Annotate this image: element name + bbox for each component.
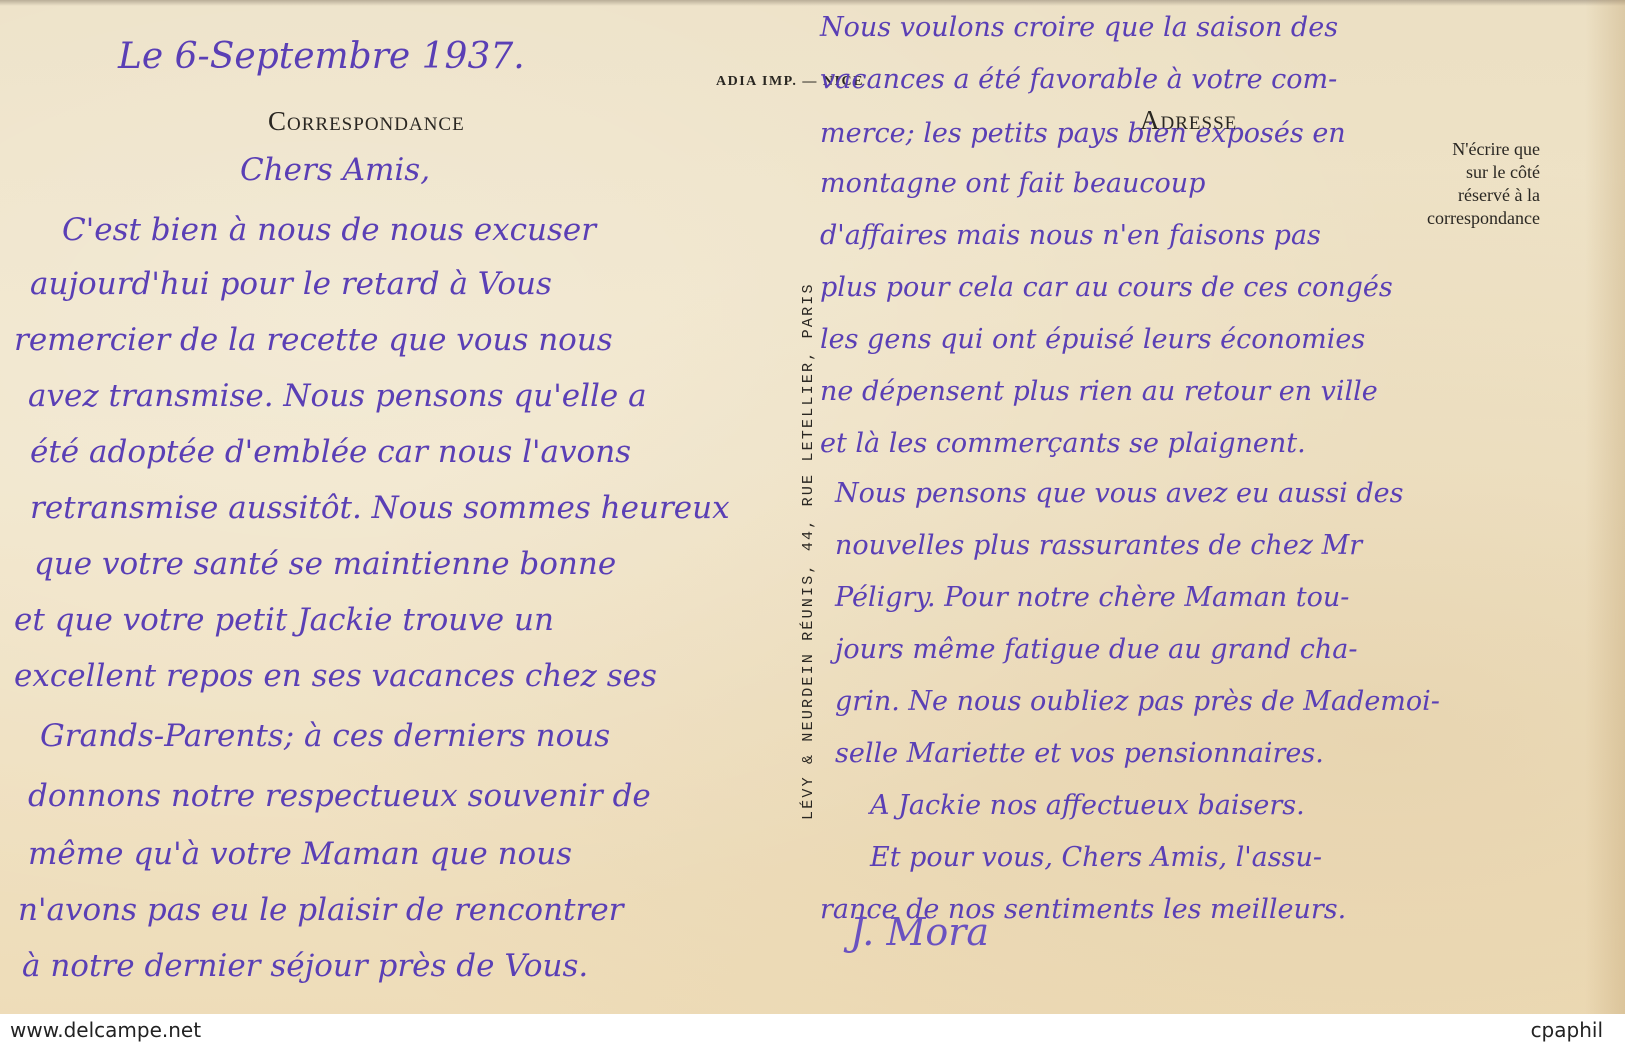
instruction-line: sur le côté: [1340, 161, 1540, 184]
handwritten-line-right: selle Mariette et vos pensionnaires.: [835, 738, 1324, 769]
instruction-line: réservé à la: [1340, 184, 1540, 207]
handwritten-line-right: jours même fatigue due au grand cha-: [835, 634, 1358, 665]
card-top-edge: [0, 0, 1625, 6]
handwritten-line-left: Chers Amis,: [240, 152, 430, 188]
instruction-note: N'écrire que sur le côté réservé à la co…: [1340, 138, 1540, 230]
watermark-footer: www.delcampe.net cpaphil: [0, 1014, 1625, 1049]
handwritten-line-left: avez transmise. Nous pensons qu'elle a: [28, 378, 647, 414]
postcard-back: Correspondance ADIA IMP. — NICE Adresse …: [0, 0, 1625, 1049]
handwritten-line-left: Grands-Parents; à ces derniers nous: [40, 718, 610, 754]
handwritten-line-right: A Jackie nos affectueux baisers.: [870, 790, 1305, 821]
instruction-line: correspondance: [1340, 207, 1540, 230]
handwritten-line-left: et que votre petit Jackie trouve un: [14, 602, 554, 638]
handwritten-line-left: à notre dernier séjour près de Vous.: [22, 948, 588, 984]
handwritten-line-left: retransmise aussitôt. Nous sommes heureu…: [30, 490, 730, 526]
handwritten-line-right: d'affaires mais nous n'en faisons pas: [820, 220, 1321, 251]
publisher-vertical-divider: LÉVY & NEURDEIN RÉUNIS, 44, RUE LETELLIE…: [800, 282, 817, 820]
correspondance-heading: Correspondance: [268, 106, 465, 137]
handwritten-line-right: Et pour vous, Chers Amis, l'assu-: [870, 842, 1322, 873]
handwritten-line-left: donnons notre respectueux souvenir de: [28, 778, 651, 814]
handwritten-line-left: excellent repos en ses vacances chez ses: [14, 658, 657, 694]
site-link[interactable]: www.delcampe.net: [10, 1018, 201, 1042]
handwritten-line-left: que votre santé se maintienne bonne: [34, 546, 616, 582]
handwritten-date: Le 6-Septembre 1937.: [118, 36, 525, 77]
card-right-edge: [1585, 0, 1625, 1049]
handwritten-line-left: n'avons pas eu le plaisir de rencontrer: [18, 892, 624, 928]
handwritten-line-left: aujourd'hui pour le retard à Vous: [30, 266, 552, 302]
handwritten-line-right: grin. Ne nous oubliez pas près de Mademo…: [835, 686, 1440, 717]
handwritten-line-right: plus pour cela car au cours de ces congé…: [820, 272, 1393, 303]
handwritten-line-right: et là les commerçants se plaignent.: [820, 428, 1306, 459]
handwritten-line-right: Nous voulons croire que la saison des: [820, 12, 1338, 43]
instruction-line: N'écrire que: [1340, 138, 1540, 161]
handwritten-line-right: montagne ont fait beaucoup: [820, 168, 1205, 199]
handwritten-line-left: été adoptée d'emblée car nous l'avons: [30, 434, 631, 470]
handwritten-signature: J. Mora: [850, 910, 989, 954]
handwritten-line-left: même qu'à votre Maman que nous: [28, 836, 572, 872]
handwritten-line-right: nouvelles plus rassurantes de chez Mr: [835, 530, 1362, 561]
handwritten-line-right: les gens qui ont épuisé leurs économies: [820, 324, 1365, 355]
handwritten-line-left: C'est bien à nous de nous excuser: [62, 212, 596, 248]
handwritten-line-right: ne dépensent plus rien au retour en vill…: [820, 376, 1378, 407]
seller-link[interactable]: cpaphil: [1531, 1018, 1603, 1042]
handwritten-line-right: Péligry. Pour notre chère Maman tou-: [835, 582, 1349, 613]
handwritten-line-left: remercier de la recette que vous nous: [14, 322, 613, 358]
handwritten-line-right: Nous pensons que vous avez eu aussi des: [835, 478, 1404, 509]
handwritten-line-right: merce; les petits pays bien exposés en: [820, 118, 1346, 149]
handwritten-line-right: vacances a été favorable à votre com-: [820, 64, 1337, 95]
